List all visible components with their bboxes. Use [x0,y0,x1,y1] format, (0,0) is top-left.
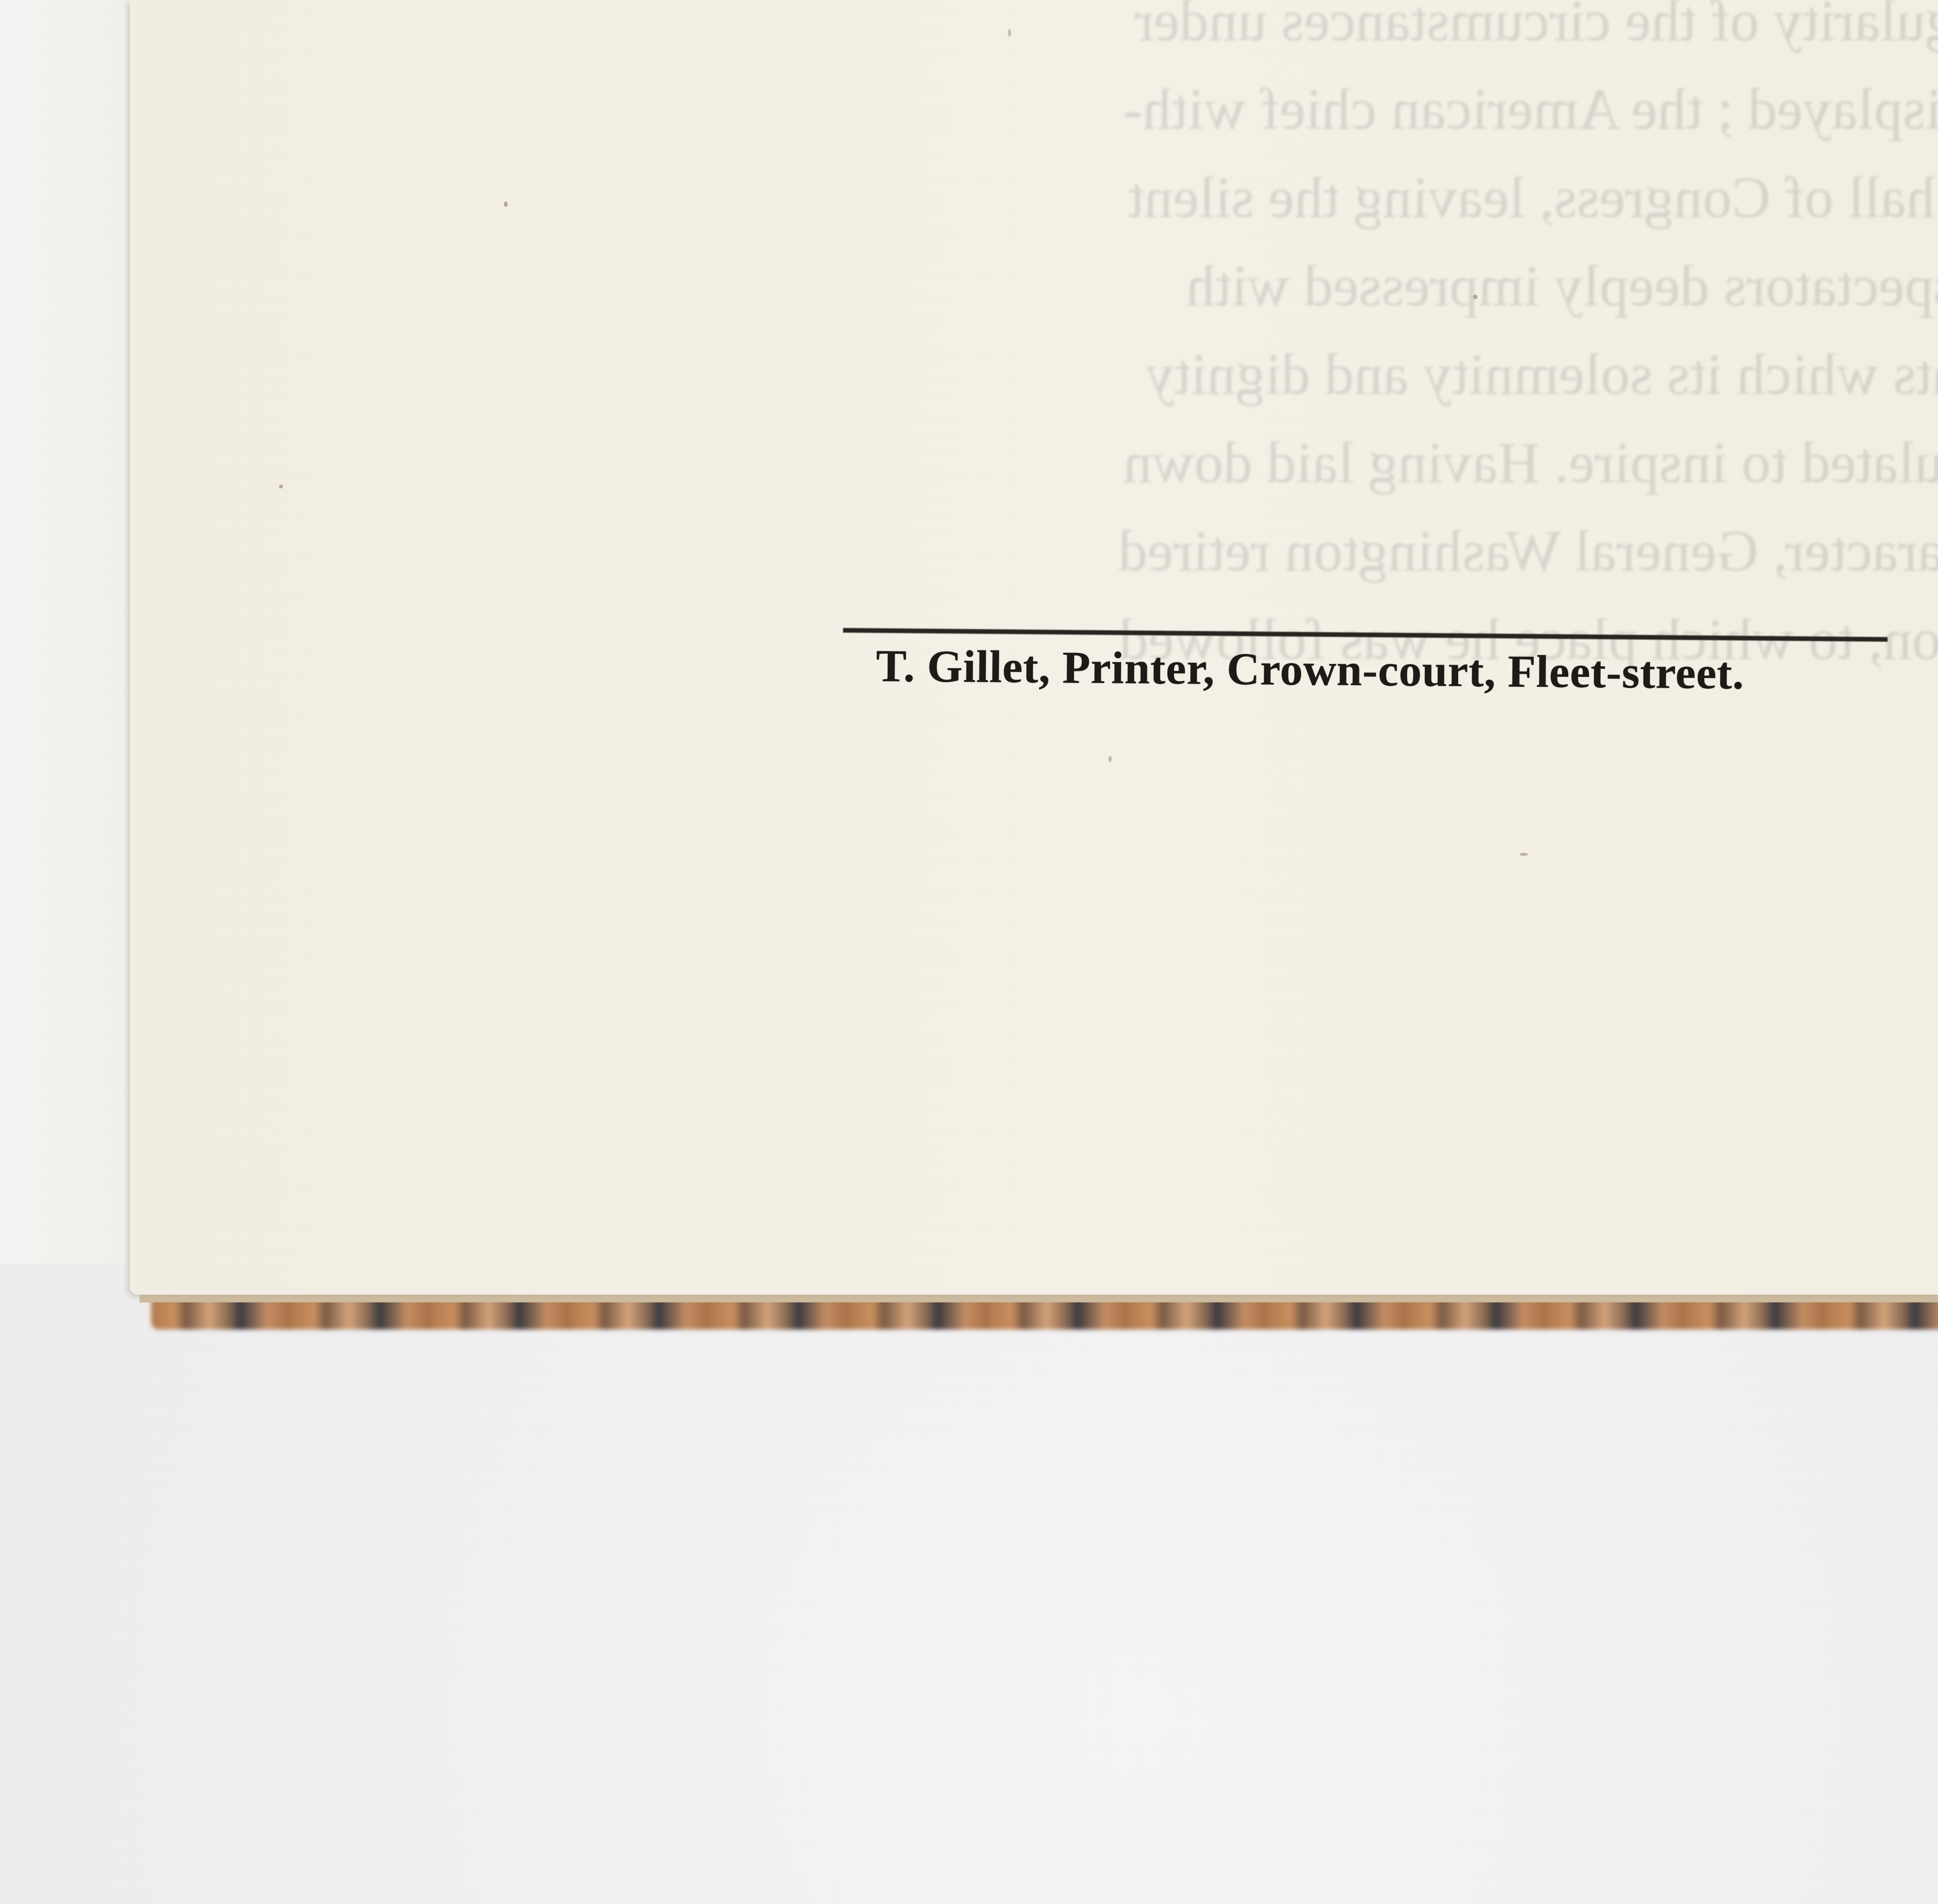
left-page-edge [0,0,132,1264]
bleed-through-line: drew from the hall of Congress, leaving … [574,153,1938,242]
paper-speck [1519,853,1528,856]
bleed-through-line: were well calculated to inspire. Having … [574,419,1938,507]
paper-speck [1008,29,1011,37]
paper-speck [1473,295,1478,299]
paper-speck [504,202,508,207]
bleed-through-line: those sentiments which its solemnity and… [574,330,1938,419]
printer-imprint: T. Gillet, Printer, Crown-court, Fleet-s… [876,640,1744,700]
paper-speck [279,485,283,488]
paper-speck [1109,756,1112,762]
bleed-through-line: which it was displayed ; the American ch… [574,65,1938,153]
bleed-through-line: and admiring spectators deeply impressed… [574,242,1938,330]
bleed-through-line: his military character, General Washingt… [574,507,1938,595]
bleed-through-line: and by the singularity of the circumstan… [574,0,1938,65]
